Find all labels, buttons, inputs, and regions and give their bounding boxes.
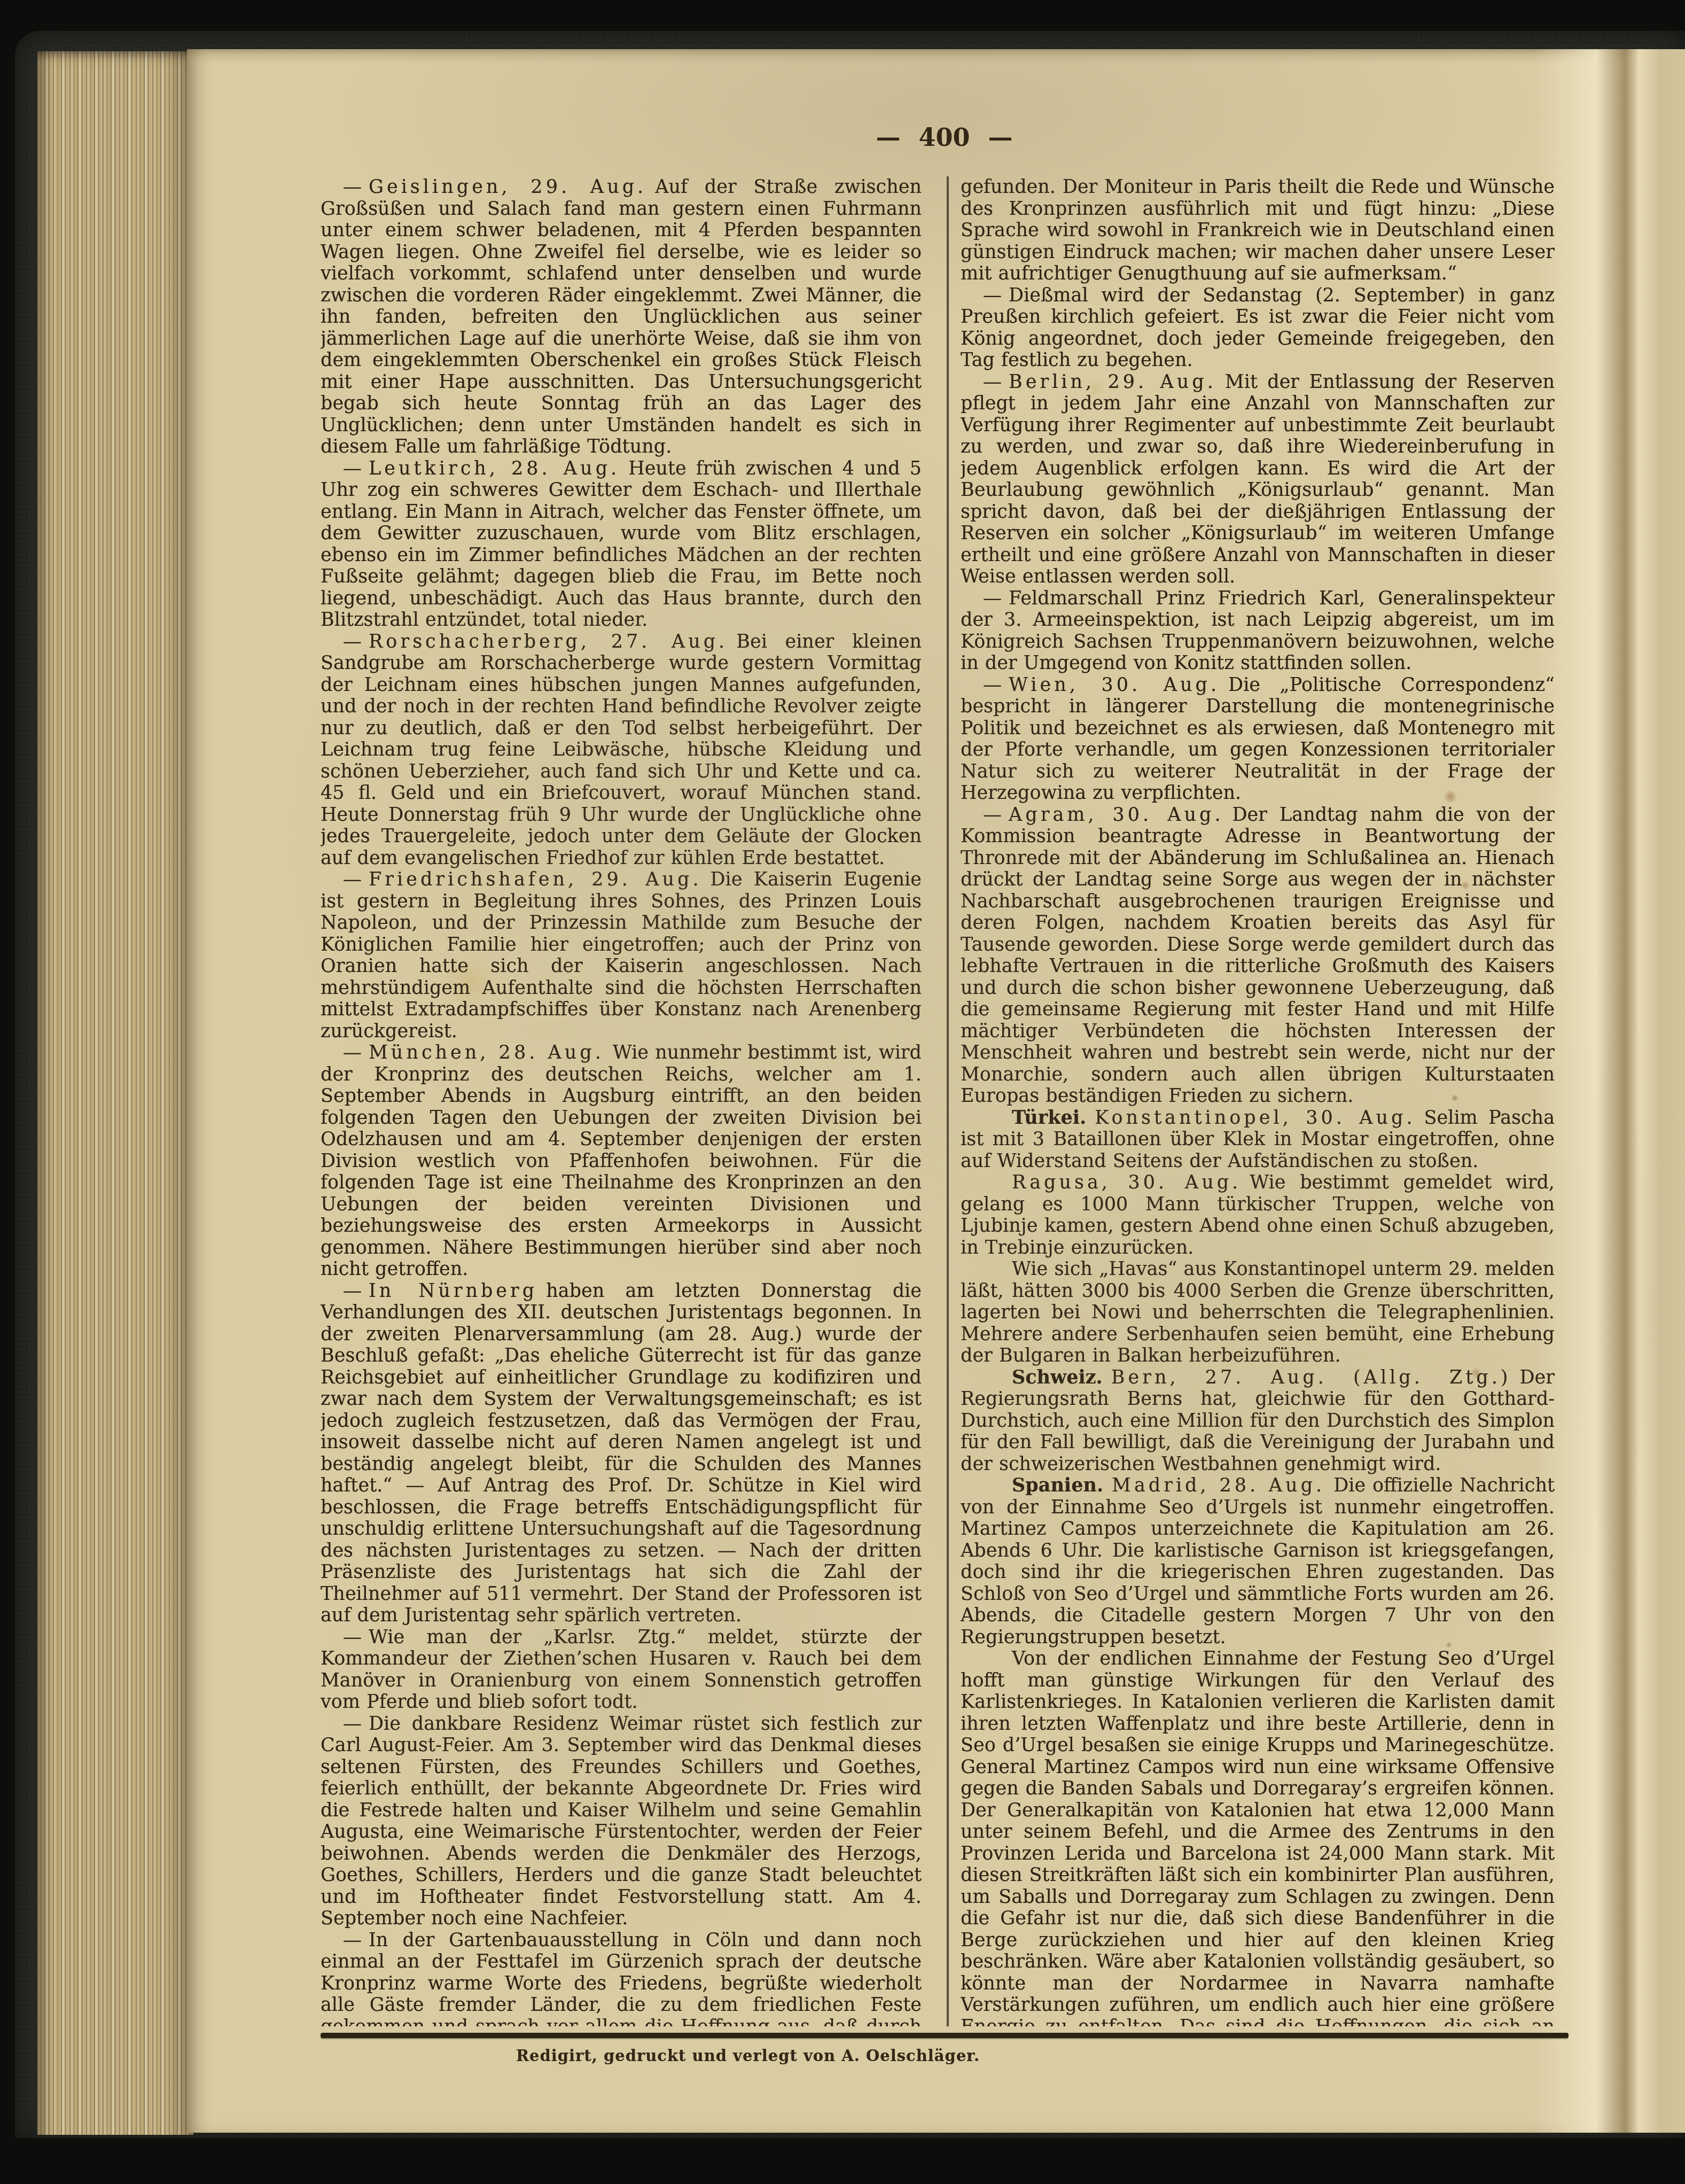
news-item-agram: —Agram, 30. Aug.Der Landtag nahm die von… xyxy=(961,804,1555,1107)
header-dash-left: — xyxy=(876,123,900,152)
news-item-schweiz-bern: Schweiz.Bern, 27. Aug. (Allg. Ztg.)Der R… xyxy=(961,1367,1555,1475)
item-dateline: Wien, 30. Aug. xyxy=(1009,674,1220,696)
news-item-friedrich-karl: —Feldmarschall Prinz Friedrich Karl, Gen… xyxy=(961,588,1555,674)
item-dash: — xyxy=(343,631,362,652)
item-dateline: Bern, 27. Aug. (Allg. Ztg.) xyxy=(1111,1367,1511,1388)
item-text: haben am letzten Donnerstag die Verhandl… xyxy=(321,1280,922,1627)
item-dateline: Konstantinopel, 30. Aug. xyxy=(1095,1107,1415,1129)
news-item-rorschacherberg: —Rorschacherberg, 27. Aug.Bei einer klei… xyxy=(321,631,922,869)
item-dateline: Leutkirch, 28. Aug. xyxy=(369,458,620,479)
item-dash: — xyxy=(343,1930,362,1951)
item-text: gefunden. Der Moniteur in Paris theilt d… xyxy=(961,176,1555,284)
item-text: Heute früh zwischen 4 und 5 Uhr zog ein … xyxy=(321,458,922,631)
news-item-tuerkei-konstantinopel: Türkei.Konstantinopel, 30. Aug.Selim Pas… xyxy=(961,1107,1555,1172)
item-text: Wie man der „Karlsr. Ztg.“ meldet, stürz… xyxy=(321,1627,922,1713)
page-gutter-fold: arvodzf xyxy=(1533,49,1685,2133)
item-dash: — xyxy=(983,588,1002,609)
page-number: 400 xyxy=(918,123,970,152)
news-item-coeln: —In der Gartenbauausstellung in Cöln und… xyxy=(321,1930,922,2027)
page-edges-stack xyxy=(37,51,193,2135)
left-text-column: —Geislingen, 29. Aug.Auf der Straße zwis… xyxy=(321,176,922,2026)
news-item-friedrichshafen: —Friedrichshafen, 29. Aug.Die Kaiserin E… xyxy=(321,869,922,1042)
news-item-seo-durgel: Von der endlichen Einnahme der Festung S… xyxy=(961,1648,1555,2026)
news-item-berlin: —Berlin, 29. Aug.Mit der Entlassung der … xyxy=(961,371,1555,588)
news-item-spanien-madrid: Spanien.Madrid, 28. Aug.Die offizielle N… xyxy=(961,1475,1555,1648)
page-header: —400— xyxy=(321,123,1568,152)
column-divider-rule xyxy=(947,176,949,2026)
item-text: In der Gartenbauausstellung in Cöln und … xyxy=(321,1930,922,2027)
news-item-sedanstag: —Dießmal wird der Sedanstag (2. Septembe… xyxy=(961,285,1555,371)
item-dateline: Friedrichshafen, 29. Aug. xyxy=(369,869,702,890)
item-country: Schweiz. xyxy=(1012,1366,1103,1388)
item-text: Dießmal wird der Sedanstag (2. September… xyxy=(961,285,1555,371)
news-item-weimar: —Die dankbare Residenz Weimar rüstet sic… xyxy=(321,1713,922,1930)
item-text: Die dankbare Residenz Weimar rüstet sich… xyxy=(321,1713,922,1930)
item-text: Von der endlichen Einnahme der Festung S… xyxy=(961,1648,1555,2026)
newspaper-page: arvodzf —400— —Geislingen, 29. Aug.Auf d… xyxy=(187,49,1685,2133)
item-dateline: Rorschacherberg, 27. Aug. xyxy=(369,631,728,652)
item-dash: — xyxy=(983,285,1002,306)
item-dash: — xyxy=(343,1042,362,1063)
news-item-leutkirch: —Leutkirch, 28. Aug.Heute früh zwischen … xyxy=(321,458,922,631)
book-scan-photo: { "header": { "dash_left": "—", "page_nu… xyxy=(0,0,1685,2184)
news-item-muenchen: —München, 28. Aug.Wie nunmehr bestimmt i… xyxy=(321,1042,922,1280)
header-dash-right: — xyxy=(988,123,1013,152)
item-dateline: München, 28. Aug. xyxy=(369,1042,604,1063)
news-item-nuernberg: —In Nürnberghaben am letzten Donnerstag … xyxy=(321,1280,922,1627)
item-country: Türkei. xyxy=(1012,1107,1086,1129)
item-text: Feldmarschall Prinz Friedrich Karl, Gene… xyxy=(961,588,1555,674)
item-text: Die Kaiserin Eugenie ist gestern in Begl… xyxy=(321,869,922,1042)
item-text: Wie nunmehr bestimmt ist, wird der Kronp… xyxy=(321,1042,922,1280)
item-text: Die offizielle Nachricht von der Einnahm… xyxy=(961,1475,1555,1648)
news-item-continuation: gefunden. Der Moniteur in Paris theilt d… xyxy=(961,176,1555,285)
item-dash: — xyxy=(343,1627,362,1648)
item-dash: — xyxy=(343,869,362,890)
imprint-line: Redigirt, gedruckt und verlegt von A. Oe… xyxy=(321,2047,1175,2065)
item-text: Mit der Entlassung der Reserven pflegt i… xyxy=(961,371,1555,588)
item-dash: — xyxy=(343,1713,362,1735)
news-item-wien: —Wien, 30. Aug.Die „Politische Correspon… xyxy=(961,674,1555,804)
footer-rule xyxy=(321,2033,1569,2038)
news-item-havas: Wie sich „Havas“ aus Konstantinopel unte… xyxy=(961,1258,1555,1367)
right-text-column: gefunden. Der Moniteur in Paris theilt d… xyxy=(961,176,1555,2026)
item-dateline: Geislingen, 29. Aug. xyxy=(369,176,646,198)
item-dateline: Ragusa, 30. Aug. xyxy=(1012,1172,1241,1193)
news-item-geislingen: —Geislingen, 29. Aug.Auf der Straße zwis… xyxy=(321,176,922,458)
item-dateline: Agram, 30. Aug. xyxy=(1009,804,1224,826)
item-text: Wie sich „Havas“ aus Konstantinopel unte… xyxy=(961,1258,1555,1366)
item-country: Spanien. xyxy=(1012,1474,1103,1496)
item-dateline: In Nürnberg xyxy=(369,1280,537,1302)
item-dateline: Madrid, 28. Aug. xyxy=(1112,1475,1325,1496)
item-text: Auf der Straße zwischen Großsüßen und Sa… xyxy=(321,176,922,457)
item-dash: — xyxy=(343,458,362,479)
item-dash: — xyxy=(983,674,1002,696)
item-text: Der Landtag nahm die von der Kommission … xyxy=(961,804,1555,1107)
news-item-karlsruhe-ztg: —Wie man der „Karlsr. Ztg.“ meldet, stür… xyxy=(321,1627,922,1713)
item-dash: — xyxy=(983,804,1002,826)
news-item-ragusa: Ragusa, 30. Aug.Wie bestimmt gemeldet wi… xyxy=(961,1172,1555,1258)
item-dateline: Berlin, 29. Aug. xyxy=(1009,371,1216,393)
item-dash: — xyxy=(343,176,362,198)
item-text: Bei einer kleinen Sandgrube am Rorschach… xyxy=(321,631,922,869)
item-dash: — xyxy=(343,1280,362,1302)
item-dash: — xyxy=(983,371,1002,393)
